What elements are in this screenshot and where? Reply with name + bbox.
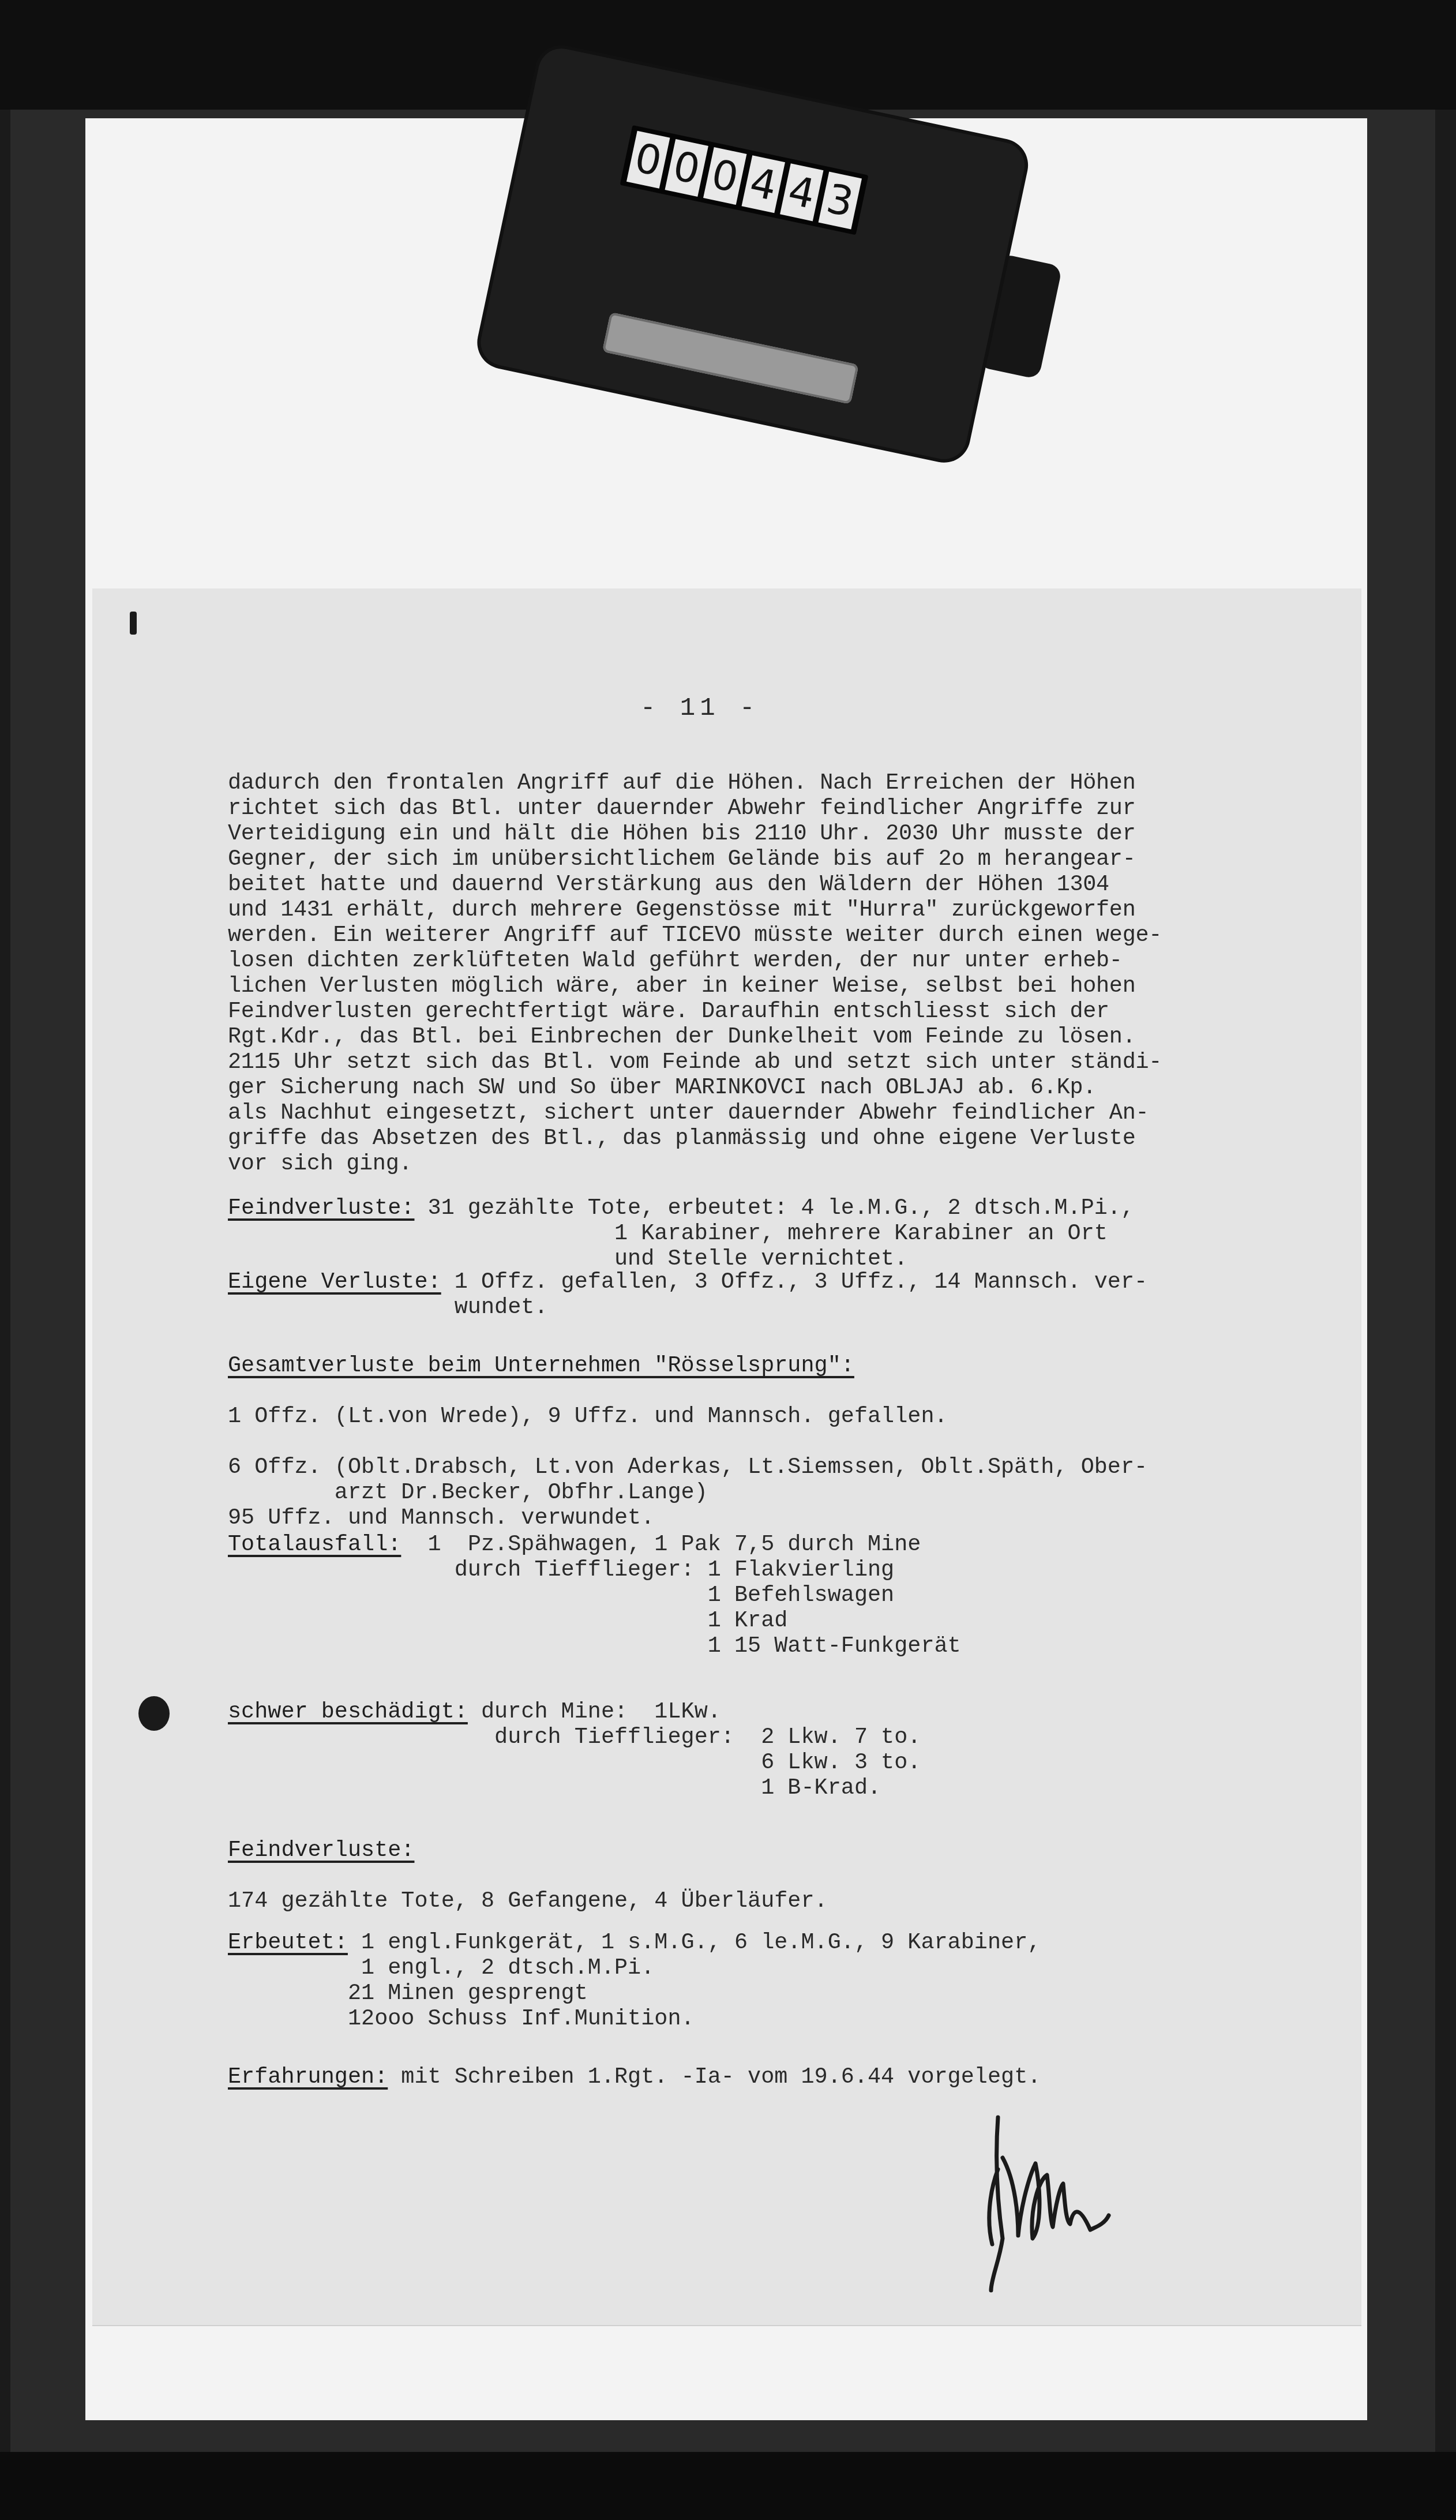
section-text: mit Schreiben 1.Rgt. -Ia- vom 19.6.44 vo… [388, 2064, 1041, 2090]
section-feindverluste-total: Feindverluste:174 gezählte Tote, 8 Gefan… [228, 1837, 828, 1914]
section-label: Erbeutet: [228, 1930, 348, 1955]
section-gesamtverluste: Gesamtverluste beim Unternehmen "Rössels… [228, 1353, 1147, 1531]
section-text: 174 gezählte Tote, 8 Gefangene, 4 Überlä… [228, 1888, 828, 1914]
section-label: Erfahrungen: [228, 2064, 388, 2090]
section-heading: Gesamtverluste beim Unternehmen "Rössels… [228, 1353, 854, 1378]
narrative-paragraph: dadurch den frontalen Angriff auf die Hö… [228, 770, 1359, 1176]
section-erbeutet: Erbeutet: 1 engl.Funkgerät, 1 s.M.G., 6 … [228, 1930, 1041, 2031]
section-eigene-verluste: Eigene Verluste: 1 Offz. gefallen, 3 Off… [228, 1269, 1147, 1320]
punch-mark [130, 612, 137, 635]
section-schwer-beschaedigt: schwer beschädigt: durch Mine: 1LKw. dur… [228, 1699, 921, 1801]
handwritten-signature [923, 2112, 1113, 2296]
section-totalausfall: Totalausfall: 1 Pz.Spähwagen, 1 Pak 7,5 … [228, 1532, 961, 1659]
film-border-bottom [0, 2452, 1456, 2520]
section-feindverluste: Feindverluste: 31 gezählte Tote, erbeute… [228, 1195, 1134, 1272]
counter-digit: 0 [703, 147, 746, 205]
section-label: schwer beschädigt: [228, 1699, 468, 1724]
section-label: Feindverluste: [228, 1837, 414, 1863]
section-text: 1 engl.Funkgerät, 1 s.M.G., 6 le.M.G., 9… [228, 1930, 1041, 2031]
counter-digit: 0 [665, 139, 708, 197]
section-text: 1 Offz. (Lt.von Wrede), 9 Uffz. und Mann… [228, 1404, 1147, 1531]
punch-hole [138, 1696, 170, 1731]
section-erfahrungen: Erfahrungen: mit Schreiben 1.Rgt. -Ia- v… [228, 2064, 1041, 2090]
counter-digit: 4 [780, 163, 823, 221]
counter-digit: 4 [742, 155, 785, 213]
counter-nameplate [602, 312, 859, 404]
counter-digit: 3 [819, 171, 862, 229]
counter-readout: 0 0 0 4 4 3 [620, 125, 869, 235]
section-label: Totalausfall: [228, 1532, 401, 1557]
counter-digit: 0 [626, 131, 670, 189]
section-label: Feindverluste: [228, 1195, 414, 1221]
page-number: - 11 - [640, 694, 759, 723]
section-label: Eigene Verluste: [228, 1269, 441, 1295]
